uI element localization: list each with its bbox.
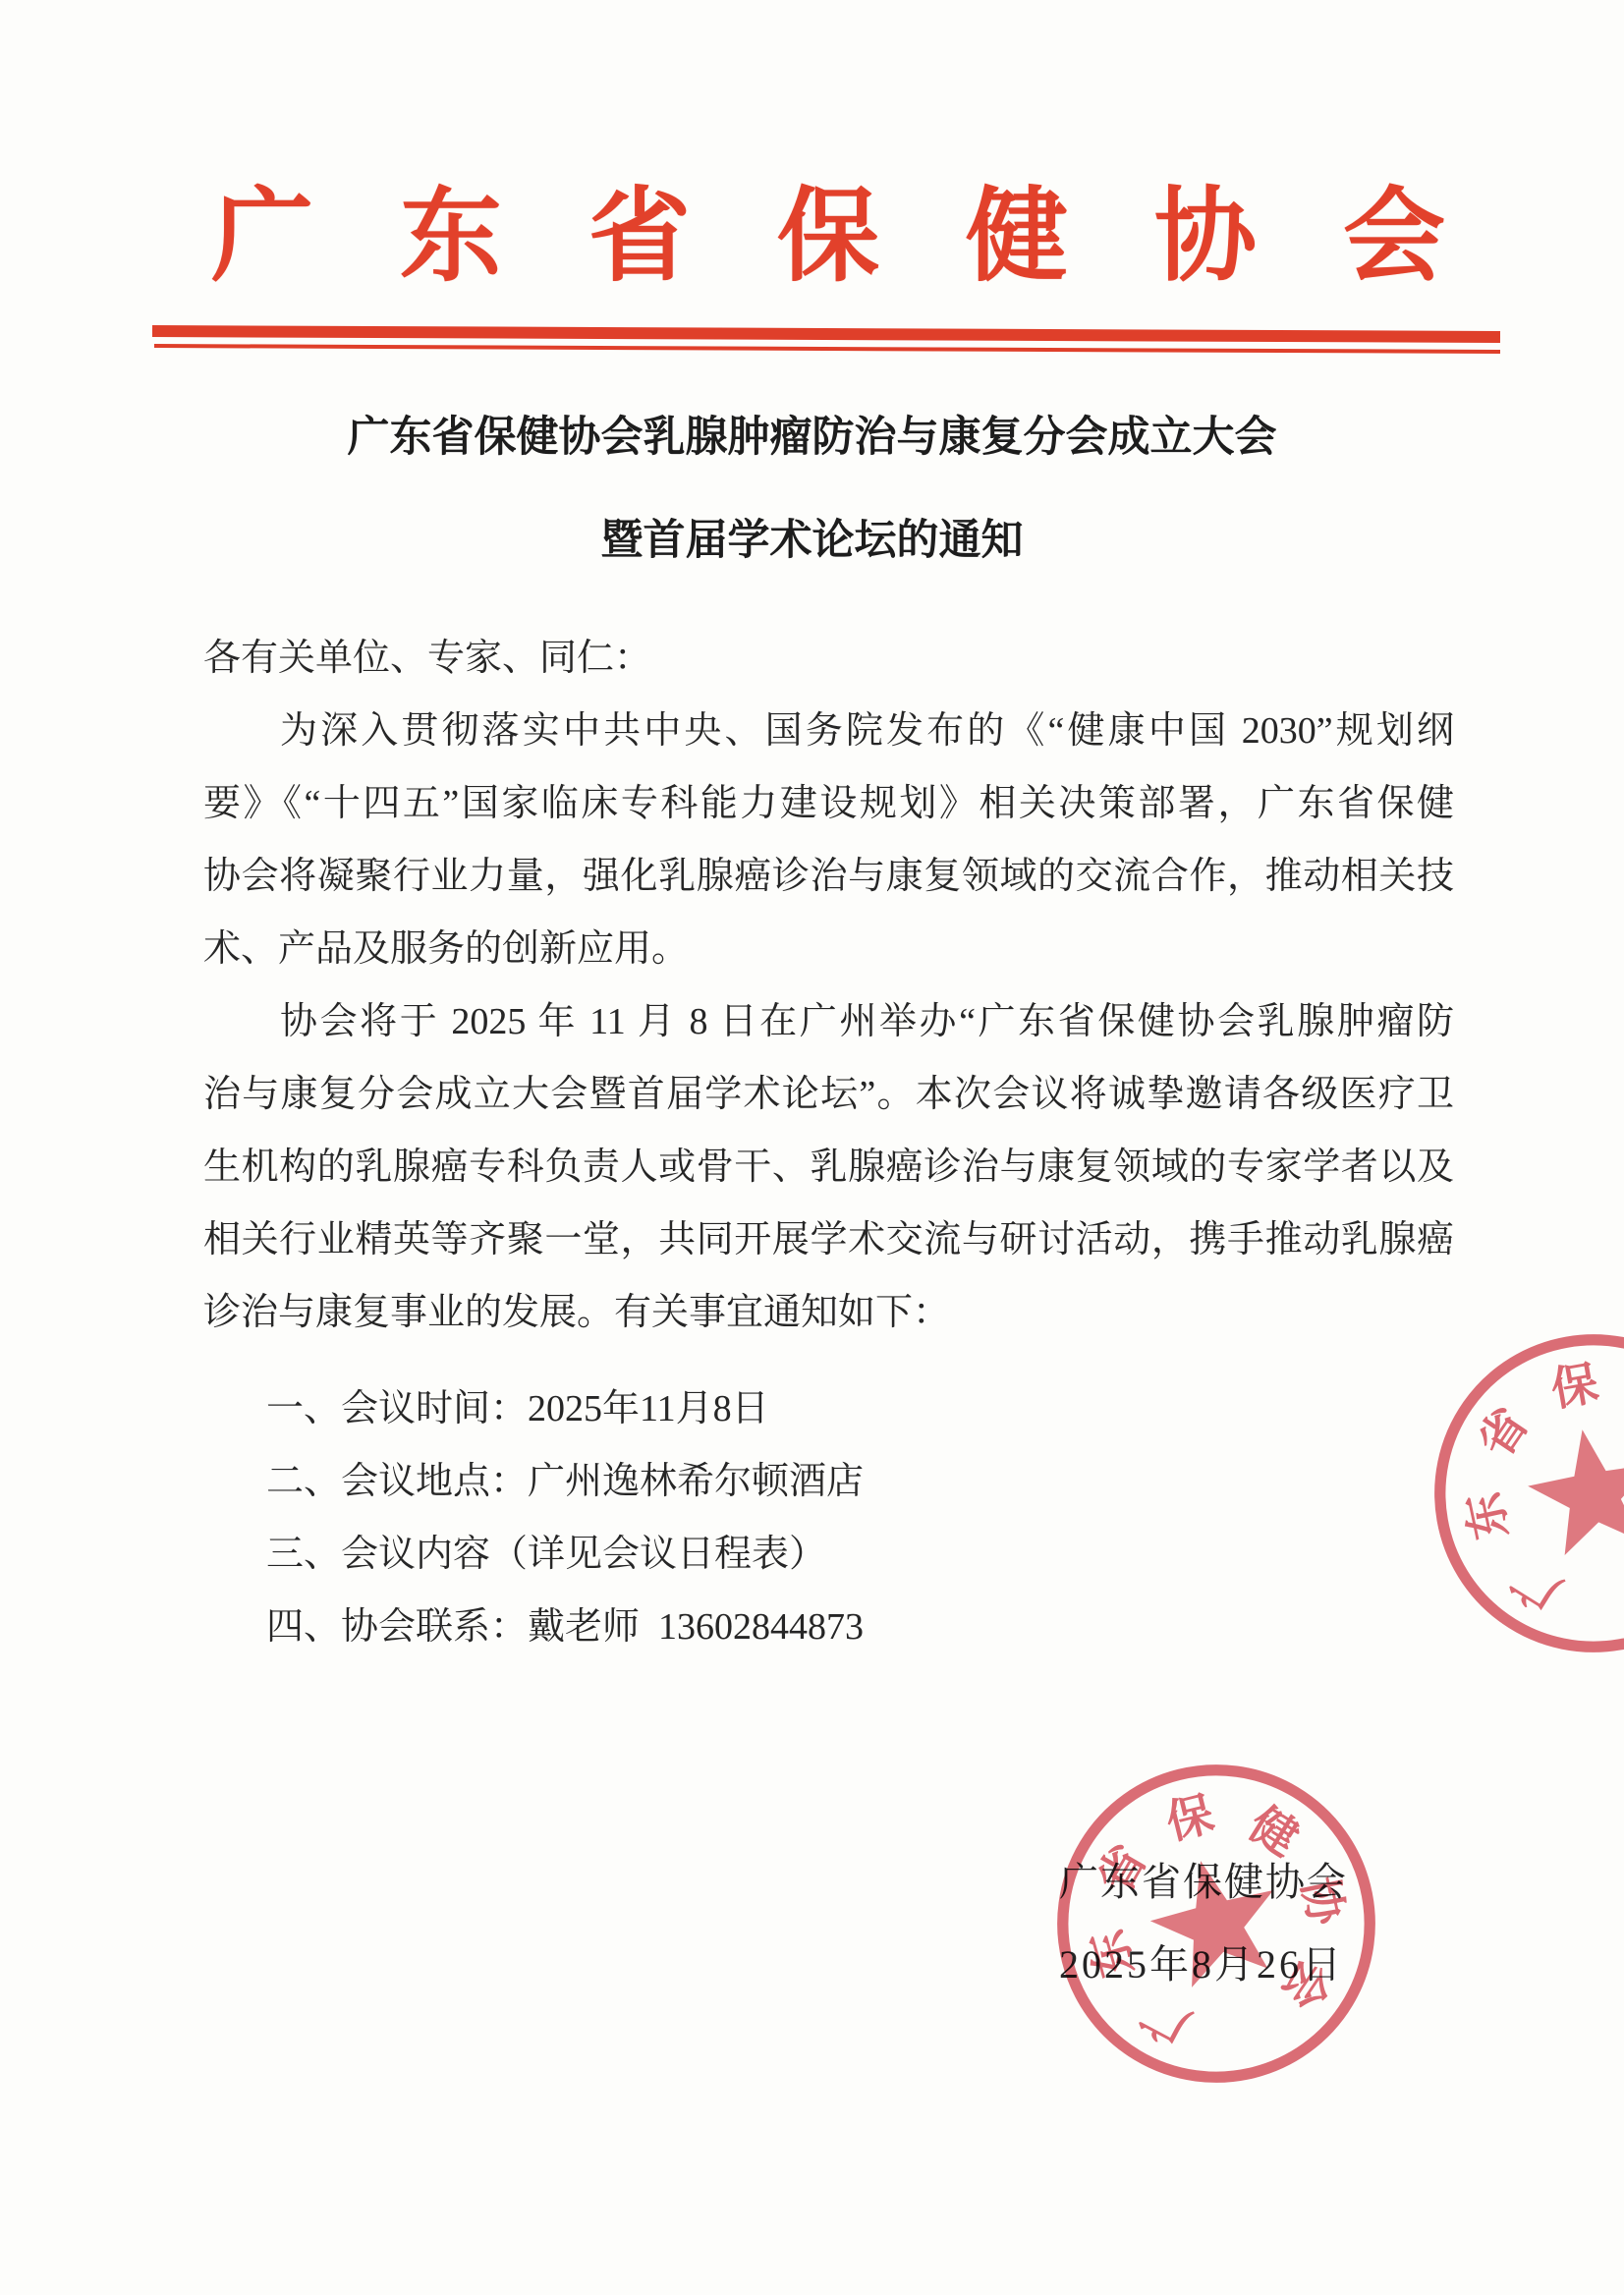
seal-ring-char: 广 (1503, 1550, 1570, 1619)
paragraph-line: 治与康复分会成立大会暨首届学术论坛”。本次会议将诚挚邀请各级医疗卫 (203, 1058, 1454, 1131)
seal-ring-char: 保 (1547, 1357, 1602, 1416)
paragraph-line: 为深入贯彻落实中共中央、国务院发布的《“健康中国 2030”规划纲 (203, 695, 1454, 767)
scanned-notice-page: 广东省保健协会 广东省保健协会乳腺肿瘤防治与康复分会成立大会 暨首届学术论坛的通… (0, 0, 1624, 2295)
seal-ring-char: 会 (1271, 1950, 1340, 2018)
seal-ring-char: 省 (1089, 1836, 1157, 1902)
document-title: 广东省保健协会乳腺肿瘤防治与康复分会成立大会 暨首届学术论坛的通知 (0, 417, 1624, 562)
official-seal-bottom: 广 东 省 保 健 协 会 (996, 1704, 1437, 2145)
paragraph-line: 诊治与康复事业的发展。有关事宜通知如下： (203, 1276, 1454, 1349)
letterhead-rule-thin (154, 344, 1500, 354)
document-title-line2: 暨首届学术论坛的通知 (0, 520, 1624, 562)
paragraph-line: 协会将于 2025 年 11 月 8 日在广州举办“广东省保健协会乳腺肿瘤防 (203, 985, 1454, 1058)
paragraph-line: 要》《“十四五”国家临床专科能力建设规划》相关决策部署，广东省保健 (203, 767, 1454, 840)
seal-star-icon (1520, 1419, 1624, 1559)
seal-ring-char: 东 (1081, 1924, 1144, 1984)
list-item-place: 二、会议地点：广州逸林希尔顿酒店 (203, 1445, 1454, 1518)
notice-body: 各有关单位、专家、同仁： 为深入贯彻落实中共中央、国务院发布的《“健康中国 20… (203, 622, 1454, 1663)
notice-list: 一、会议时间：2025年11月8日 二、会议地点：广州逸林希尔顿酒店 三、会议内… (203, 1372, 1454, 1663)
list-item-time: 一、会议时间：2025年11月8日 (203, 1372, 1454, 1445)
seal-star-icon (1139, 1846, 1291, 1993)
document-title-line1: 广东省保健协会乳腺肿瘤防治与康复分会成立大会 (0, 417, 1624, 459)
list-item-content: 三、会议内容（详见会议日程表） (203, 1518, 1454, 1591)
letterhead-title: 广东省保健协会 (211, 183, 1532, 293)
paragraph-line: 协会将凝聚行业力量，强化乳腺癌诊治与康复领域的交流合作，推动相关技 (203, 840, 1454, 913)
seal-ring-char: 保 (1161, 1788, 1219, 1850)
salutation: 各有关单位、专家、同仁： (203, 622, 1454, 695)
seal-ring-char: 协 (1292, 1873, 1353, 1931)
seal-graphic: 广 东 省 保 健 协 会 (996, 1704, 1437, 2145)
seal-ring-char: 省 (1470, 1399, 1539, 1467)
paragraph-line: 术、产品及服务的创新应用。 (203, 913, 1454, 985)
paragraph-line: 相关行业精英等齐聚一堂，共同开展学术交流与研讨活动，携手推动乳腺癌 (203, 1203, 1454, 1276)
seal-ring-char: 广 (1133, 1986, 1199, 2053)
seal-ring-char: 健 (1240, 1798, 1307, 1867)
seal-ring-char: 东 (1457, 1487, 1518, 1544)
letterhead-rule-thick (152, 325, 1500, 343)
list-item-contact: 四、协会联系：戴老师 13602844873 (203, 1591, 1454, 1663)
paragraph-line: 生机构的乳腺癌专科负责人或骨干、乳腺癌诊治与康复领域的专家学者以及 (203, 1131, 1454, 1203)
